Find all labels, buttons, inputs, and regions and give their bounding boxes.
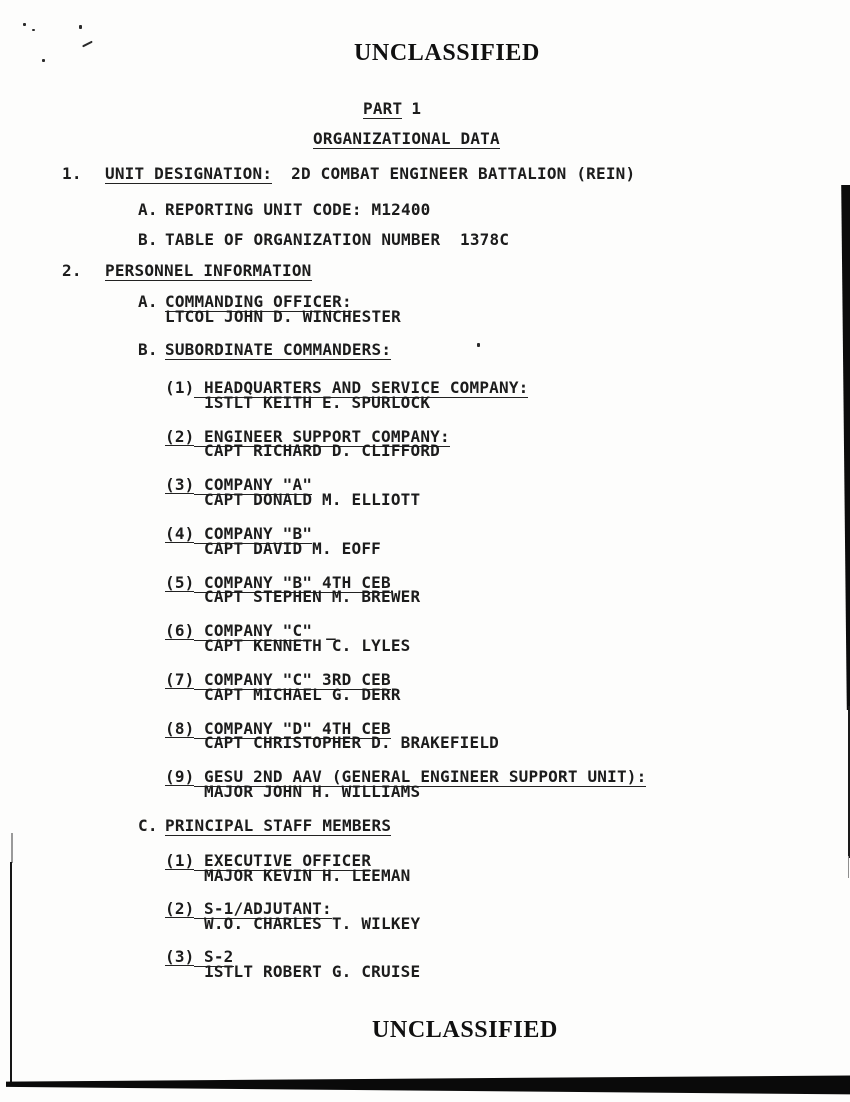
commanding-officer-name: LTCOL JOHN D. WINCHESTER xyxy=(165,309,401,325)
unit-designation-line: 1.UNIT DESIGNATION:2D COMBAT ENGINEER BA… xyxy=(62,166,635,182)
sub-cmdr-2-num: (2) xyxy=(165,429,194,446)
sub-cmdr-3-name: CAPT DONALD M. ELLIOTT xyxy=(204,492,420,508)
scan-edge-artifact-bottom xyxy=(6,1075,850,1097)
scan-edge-artifact-left-fade xyxy=(11,833,13,863)
sub-cmdr-3-num: (3) xyxy=(165,477,194,494)
sub-cmdr-9-name: MAJOR JOHN H. WILLIAMS xyxy=(204,784,420,800)
scan-edge-artifact-left xyxy=(10,862,12,1084)
staff-3-num: (3) xyxy=(165,949,194,966)
sub-cmdr-1-num: (1) xyxy=(165,380,194,396)
section-2-number: 2. xyxy=(62,263,105,279)
scanned-document-page: UNCLASSIFIED PART1 ORGANIZATIONAL DATA 1… xyxy=(0,0,850,1102)
sub-cmdr-8-name: CAPT CHRISTOPHER D. BRAKEFIELD xyxy=(204,735,499,751)
scan-edge-artifact-right xyxy=(840,185,850,710)
subordinate-commanders-heading-line: B.SUBORDINATE COMMANDERS: xyxy=(138,342,391,358)
sub-cmdr-6-num: (6) xyxy=(165,623,194,640)
subordinate-commanders-heading: SUBORDINATE COMMANDERS: xyxy=(165,340,391,360)
sub-cmdr-5-name: CAPT STEPHEN M. BREWER xyxy=(204,589,420,605)
staff-1-name: MAJOR KEVIN H. LEEMAN xyxy=(204,868,411,884)
principal-staff-heading: PRINCIPAL STAFF MEMBERS xyxy=(165,816,391,836)
doc-title-line: ORGANIZATIONAL DATA xyxy=(313,131,500,147)
unit-designation-value: 2D COMBAT ENGINEER BATTALION (REIN) xyxy=(272,164,635,183)
sub-cmdr-7-num: (7) xyxy=(165,672,194,689)
personnel-information-heading: PERSONNEL INFORMATION xyxy=(105,261,312,281)
staff-2-num: (2) xyxy=(165,901,194,918)
part-heading: PART1 xyxy=(363,101,421,117)
section-1-number: 1. xyxy=(62,166,105,182)
staff-3-name: 1STLT ROBERT G. CRUISE xyxy=(204,964,420,980)
classification-banner-bottom: UNCLASSIFIED xyxy=(372,1016,557,1044)
scan-speck xyxy=(79,25,82,29)
sub-cmdr-1-name: 1STLT KEITH E. SPURLOCK xyxy=(204,395,430,411)
sub-cmdr-2-name: CAPT RICHARD D. CLIFFORD xyxy=(204,443,440,459)
item-b-label: B. xyxy=(138,232,165,248)
scan-speck xyxy=(32,29,35,31)
reporting-unit-code-text: REPORTING UNIT CODE: M12400 xyxy=(165,200,431,219)
scan-pen-mark xyxy=(82,41,93,48)
item-a-label: A. xyxy=(138,202,165,218)
unit-designation-heading: UNIT DESIGNATION: xyxy=(105,164,272,184)
sub-cmdr-4-num: (4) xyxy=(165,526,194,543)
part-label: PART xyxy=(363,99,402,119)
table-of-organization-line: B.TABLE OF ORGANIZATION NUMBER 1378C xyxy=(138,232,509,248)
sub-b-label: B. xyxy=(138,342,165,358)
doc-title: ORGANIZATIONAL DATA xyxy=(313,129,500,149)
reporting-unit-code-line: A.REPORTING UNIT CODE: M12400 xyxy=(138,202,431,218)
sub-cmdr-8-num: (8) xyxy=(165,721,194,738)
sub-a-label: A. xyxy=(138,294,165,310)
personnel-information-line: 2.PERSONNEL INFORMATION xyxy=(62,263,312,279)
principal-staff-heading-line: C.PRINCIPAL STAFF MEMBERS xyxy=(138,818,391,834)
part-number: 1 xyxy=(411,99,421,118)
scan-speck xyxy=(42,59,45,62)
sub-cmdr-9-num: (9) xyxy=(165,769,194,786)
staff-1-num: (1) xyxy=(165,853,194,870)
sub-cmdr-6-name: CAPT KENNETH C. LYLES xyxy=(204,638,411,654)
sub-cmdr-4-name: CAPT DAVID M. EOFF xyxy=(204,541,381,557)
staff-2-name: W.O. CHARLES T. WILKEY xyxy=(204,916,420,932)
sub-c-label: C. xyxy=(138,818,165,834)
scan-edge-artifact-right-fade xyxy=(848,856,850,878)
classification-banner-top: UNCLASSIFIED xyxy=(354,39,539,67)
table-of-organization-text: TABLE OF ORGANIZATION NUMBER 1378C xyxy=(165,230,509,249)
sub-cmdr-7-name: CAPT MICHAEL G. DERR xyxy=(204,687,401,703)
scan-speck xyxy=(23,23,26,26)
scan-speck xyxy=(477,343,480,347)
sub-cmdr-5-num: (5) xyxy=(165,575,194,592)
